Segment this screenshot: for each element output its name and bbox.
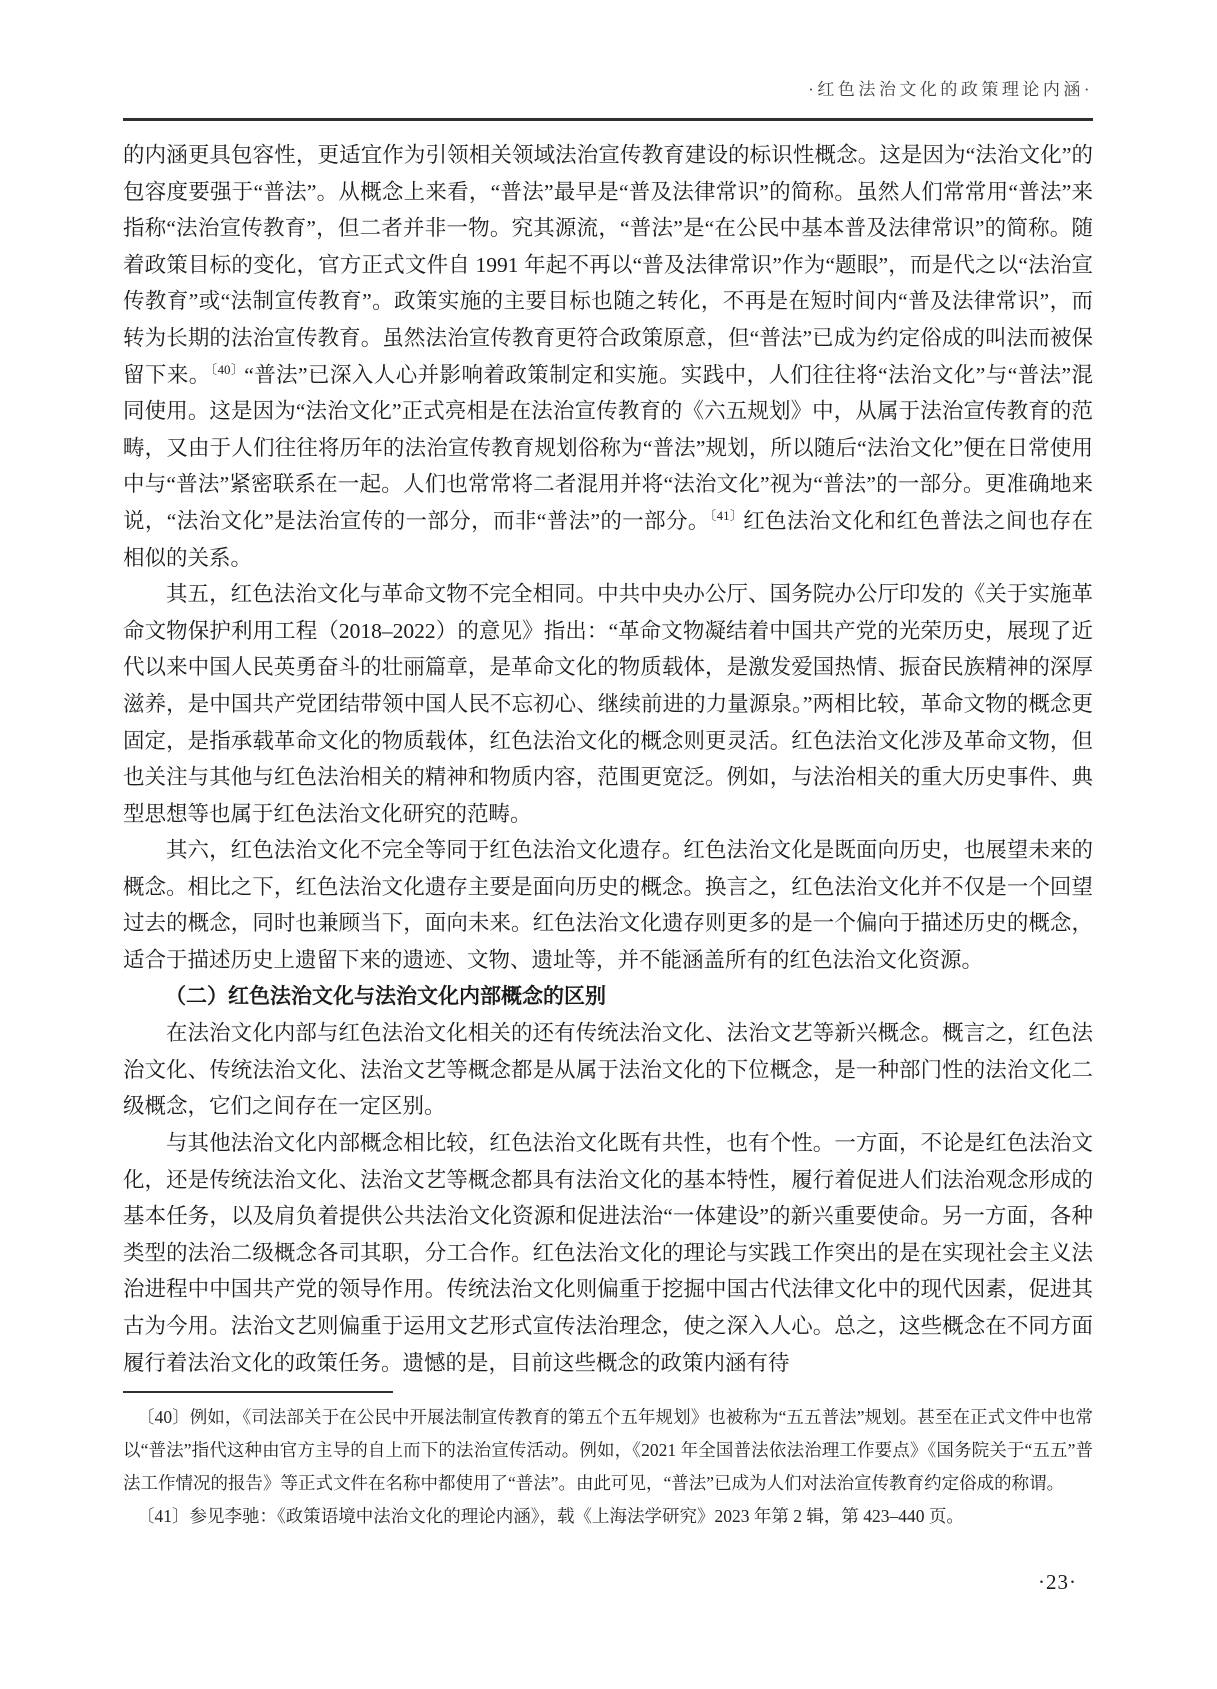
footnote-ref: 〔40〕 — [211, 362, 245, 376]
body-paragraph: 的内涵更具包容性，更适宜作为引领相关领域法治宣传教育建设的标识性概念。这是因为“… — [123, 137, 1093, 576]
footnote-separator — [123, 1391, 393, 1393]
footnote: 〔40〕例如，《司法部关于在公民中开展法制宣传教育的第五个五年规划》也被称为“五… — [123, 1401, 1093, 1500]
header-rule — [123, 118, 1093, 121]
article-body: 的内涵更具包容性，更适宜作为引领相关领域法治宣传教育建设的标识性概念。这是因为“… — [123, 137, 1093, 1381]
body-paragraph: 其六，红色法治文化不完全等同于红色法治文化遗存。红色法治文化是既面向历史，也展望… — [123, 832, 1093, 978]
running-head: ·红色法治文化的政策理论内涵· — [123, 0, 1093, 100]
page-number: ·23· — [1038, 1570, 1077, 1595]
body-paragraph: 与其他法治文化内部概念相比较，红色法治文化既有共性，也有个性。一方面，不论是红色… — [123, 1125, 1093, 1381]
section-heading: （二）红色法治文化与法治文化内部概念的区别 — [123, 979, 1093, 1016]
footnotes: 〔40〕例如，《司法部关于在公民中开展法制宣传教育的第五个五年规划》也被称为“五… — [123, 1401, 1093, 1533]
footnote-ref: 〔41〕 — [710, 509, 743, 523]
body-paragraph: 在法治文化内部与红色法治文化相关的还有传统法治文化、法治文艺等新兴概念。概言之，… — [123, 1015, 1093, 1125]
paper-page: ·红色法治文化的政策理论内涵· 的内涵更具包容性，更适宜作为引领相关领域法治宣传… — [0, 0, 1217, 1689]
body-paragraph: 其五，红色法治文化与革命文物不完全相同。中共中央办公厅、国务院办公厅印发的《关于… — [123, 576, 1093, 832]
footnote: 〔41〕参见李驰：《政策语境中法治文化的理论内涵》，载《上海法学研究》2023 … — [123, 1500, 1093, 1533]
page-content: ·红色法治文化的政策理论内涵· 的内涵更具包容性，更适宜作为引领相关领域法治宣传… — [123, 0, 1093, 1533]
